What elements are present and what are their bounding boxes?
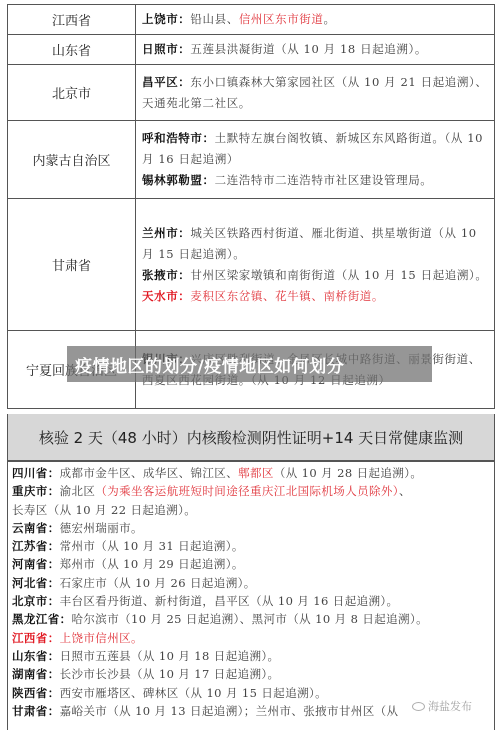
detail-cell: 日照市：五莲县洪凝街道（从 10 月 18 日起追溯）。 [136,35,495,65]
section-title: 核验 2 天（48 小时）内核酸检测阴性证明+14 天日常健康监测 [39,427,463,448]
list-item: 重庆市：渝北区（为乘坐客运航班短时间途径重庆江北国际机场人员除外）、 [12,482,490,500]
province-label: 云南省： [12,521,60,535]
highlight-text: （为乘坐客运航班短时间途径重庆江北国际机场人员除外） [95,484,399,498]
province-label: 河南省： [12,557,60,571]
item-tail: 、 [399,484,411,498]
city-label: 锡林郭勒盟： [142,173,215,187]
province-label: 黑龙江省： [12,612,72,626]
province-label: 河北省： [12,576,60,590]
detail-cell: 兰州市：城关区铁路西村街道、雁北街道、拱星墩街道（从 10 月 15 日起追溯）… [136,199,495,331]
list-item: 江西省：上饶市信州区。 [12,629,490,647]
detail-cell: 昌平区：东小口镇森林大第家园社区（从 10 月 21 日起追溯）、天通苑北第二社… [136,65,495,121]
item-text: 德宏州瑞丽市。 [60,521,143,535]
item-text: 长沙市长沙县（从 10 月 17 日起追溯）。 [60,667,280,681]
table-row: 江西省 上饶市：铅山县、信州区东市街道。 [8,5,495,35]
detail-cell: 呼和浩特市：土默特左旗台阁牧镇、新城区东风路街道。（从 10 月 16 日起追溯… [136,121,495,199]
detail-cell: 上饶市：铅山县、信州区东市街道。 [136,5,495,35]
province-cell: 北京市 [8,65,136,121]
province-label: 山东省： [12,649,60,663]
region-list: 四川省：成都市金牛区、成华区、锦江区、郫都区（从 10 月 28 日起追溯）。 … [7,461,495,730]
city-label: 昌平区： [142,75,190,89]
highlight-text: 郫都区 [238,466,274,480]
province-label-highlight: 江西省： [12,631,60,645]
city-label: 呼和浩特市： [142,131,215,145]
list-item: 四川省：成都市金牛区、成华区、锦江区、郫都区（从 10 月 28 日起追溯）。 [12,464,490,482]
list-item: 湖南省：长沙市长沙县（从 10 月 17 日起追溯）。 [12,665,490,683]
item-text: 嘉峪关市（从 10 月 13 日起追溯）；兰州市、张掖市甘州区（从 [60,704,399,718]
table-row: 内蒙古自治区 呼和浩特市：土默特左旗台阁牧镇、新城区东风路街道。（从 10 月 … [8,121,495,199]
list-item: 河北省：石家庄市（从 10 月 26 日起追溯）。 [12,574,490,592]
detail-tail: 。 [324,12,336,26]
detail-text: 城关区铁路西村街道、雁北街道、拱星墩街道（从 10 月 15 日起追溯）。 [142,226,477,261]
province-label: 江苏省： [12,539,60,553]
list-item: 山东省：日照市五莲县（从 10 月 18 日起追溯）。 [12,647,490,665]
province-label: 重庆市： [12,484,60,498]
province-cell: 江西省 [8,5,136,35]
item-text: 哈尔滨市（10 月 25 日起追溯）、黑河市（从 10 月 8 日起追溯）。 [72,612,429,626]
list-item: 江苏省：常州市（从 10 月 31 日起追溯）。 [12,537,490,555]
province-label: 甘肃省： [12,704,60,718]
item-tail: （从 10 月 28 日起追溯）。 [274,466,422,480]
province-cell: 甘肃省 [8,199,136,331]
province-label: 湖南省： [12,667,60,681]
detail-text: 铅山县、 [190,12,238,26]
item-text: 成都市金牛区、成华区、锦江区、 [60,466,239,480]
title-overlay-banner: 疫情地区的划分/疫情地区如何划分 [67,346,432,382]
detail-text: 甘州区梁家墩镇和南街街道（从 10 月 15 日起追溯）。 [190,268,487,282]
item-text: 渝北区 [60,484,96,498]
item-text: 郑州市（从 10 月 29 日起追溯）。 [60,557,244,571]
city-label: 上饶市： [142,12,190,26]
list-item: 黑龙江省：哈尔滨市（10 月 25 日起追溯）、黑河市（从 10 月 8 日起追… [12,610,490,628]
overlay-title: 疫情地区的划分/疫情地区如何划分 [75,352,344,377]
city-label: 兰州市： [142,226,190,240]
item-text: 长寿区（从 10 月 22 日起追溯）。 [12,503,196,517]
list-item: 云南省：德宏州瑞丽市。 [12,519,490,537]
list-item: 河南省：郑州市（从 10 月 29 日起追溯）。 [12,555,490,573]
watermark: 海盐发布 [412,698,472,714]
province-label: 陕西省： [12,686,60,700]
detail-text: 二连浩特市二连浩特市社区建设管理局。 [215,173,433,187]
section-header-band: 核验 2 天（48 小时）内核酸检测阴性证明+14 天日常健康监测 [7,414,495,461]
watermark-text: 海盐发布 [428,698,472,714]
province-cell: 山东省 [8,35,136,65]
highlight-text: 上饶市信州区。 [60,631,143,645]
highlight-text: 信州区东市街道 [239,12,324,26]
city-label-highlight: 天水市： [142,289,190,303]
city-label: 日照市： [142,42,190,56]
wechat-icon [412,702,425,711]
item-text: 石家庄市（从 10 月 26 日起追溯）。 [60,576,256,590]
city-label: 张掖市： [142,268,190,282]
item-text: 常州市（从 10 月 31 日起追溯）。 [60,539,244,553]
detail-text: 五莲县洪凝街道（从 10 月 18 日起追溯）。 [190,42,427,56]
table-row: 山东省 日照市：五莲县洪凝街道（从 10 月 18 日起追溯）。 [8,35,495,65]
item-text: 丰台区看丹街道、新村街道，昌平区（从 10 月 16 日起追溯）。 [60,594,399,608]
detail-text: 东小口镇森林大第家园社区（从 10 月 21 日起追溯）、天通苑北第二社区。 [142,75,487,110]
table-row: 甘肃省 兰州市：城关区铁路西村街道、雁北街道、拱星墩街道（从 10 月 15 日… [8,199,495,331]
table-row: 北京市 昌平区：东小口镇森林大第家园社区（从 10 月 21 日起追溯）、天通苑… [8,65,495,121]
item-text: 西安市雁塔区、碑林区（从 10 月 15 日起追溯）。 [60,686,327,700]
province-label: 北京市： [12,594,60,608]
list-item: 北京市：丰台区看丹街道、新村街道，昌平区（从 10 月 16 日起追溯）。 [12,592,490,610]
province-label: 四川省： [12,466,60,480]
list-item: 长寿区（从 10 月 22 日起追溯）。 [12,501,490,519]
province-cell: 内蒙古自治区 [8,121,136,199]
item-text: 日照市五莲县（从 10 月 18 日起追溯）。 [60,649,280,663]
highlight-text: 麦积区东岔镇、花牛镇、南桥街道。 [190,289,384,303]
